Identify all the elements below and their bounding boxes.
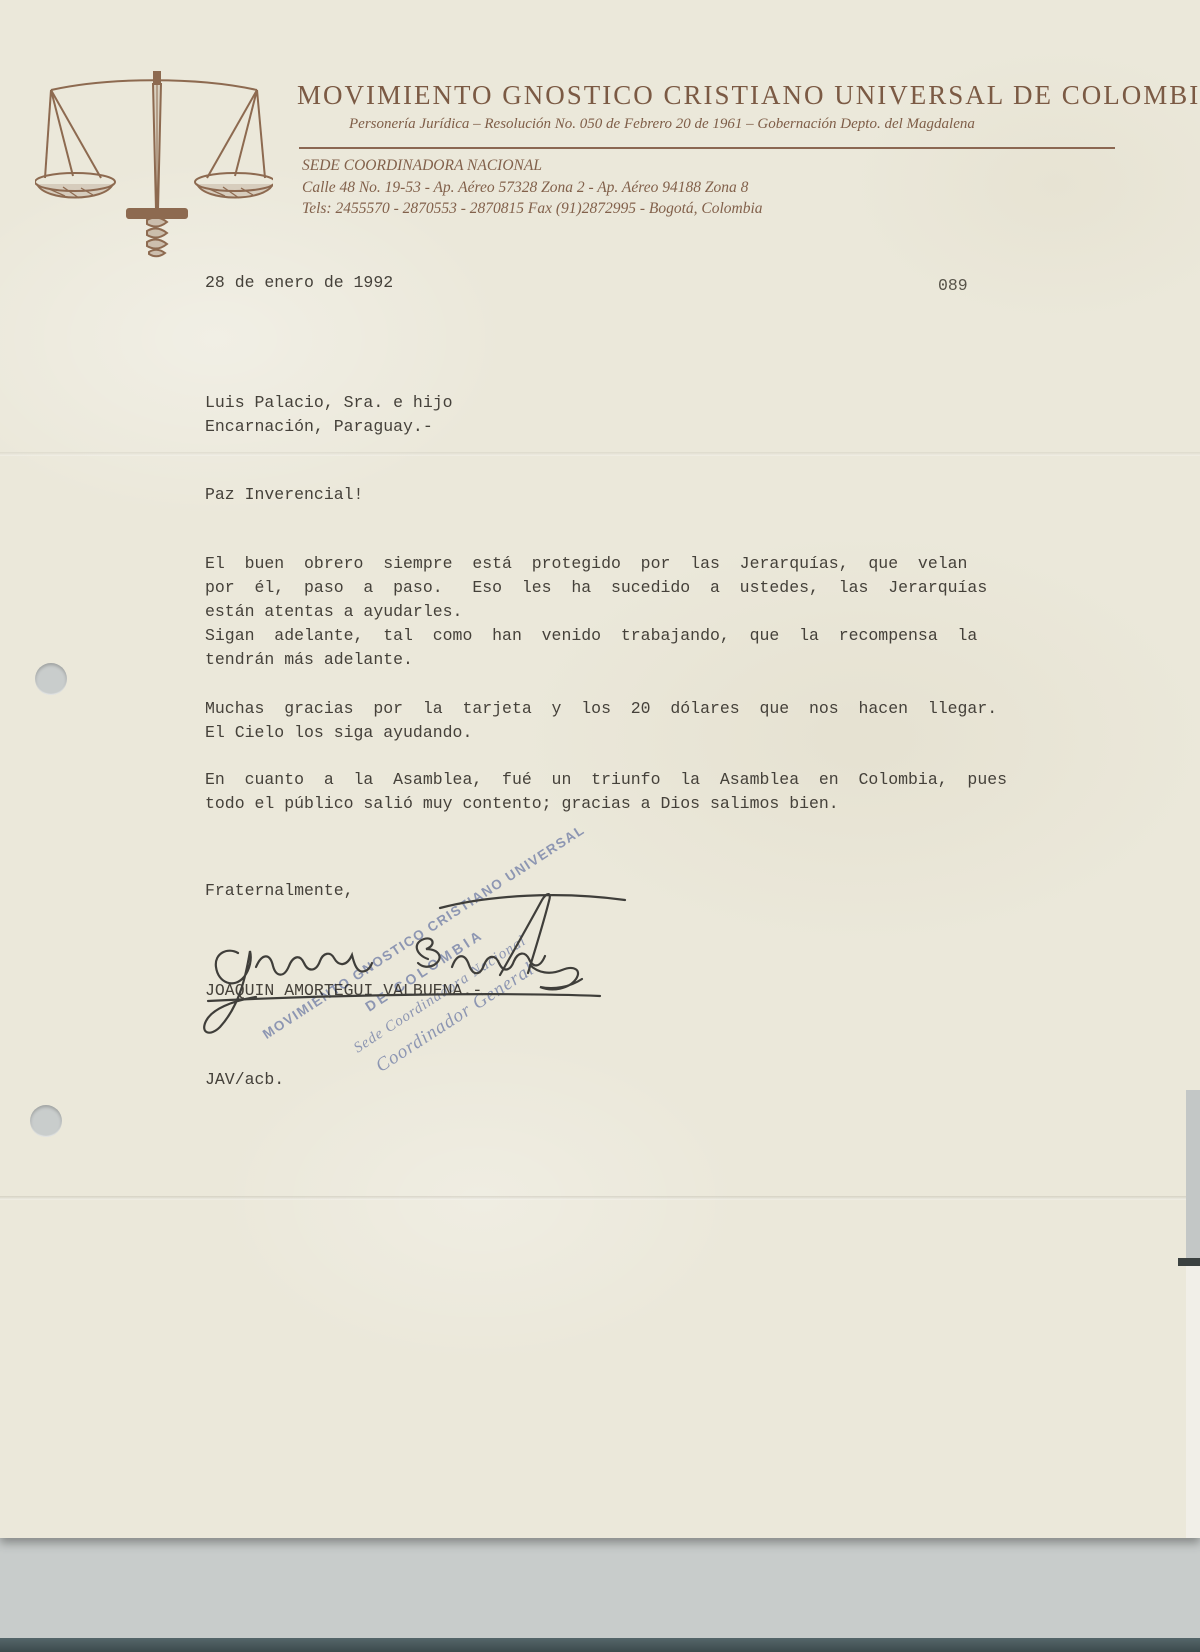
body-paragraph: El buen obrero siempre está protegido po… (205, 552, 987, 672)
body-line: Sigan adelante, tal como han venido trab… (205, 624, 987, 648)
body-paragraph: En cuanto a la Asamblea, fué un triunfo … (205, 768, 1007, 816)
body-paragraph: Muchas gracias por la tarjeta y los 20 d… (205, 697, 997, 745)
body-line: tendrán más adelante. (205, 648, 987, 672)
body-line: todo el público salió muy contento; grac… (205, 792, 1007, 816)
paper-fold-crease (0, 452, 1200, 456)
salutation: Paz Inverencial! (205, 483, 363, 507)
hole-punch (30, 1105, 62, 1137)
phones-line: Tels: 2455570 - 2870553 - 2870815 Fax (9… (302, 200, 763, 218)
recipient-line: Luis Palacio, Sra. e hijo (205, 391, 453, 415)
scan-edge-strip (1186, 1266, 1200, 1538)
scan-edge-mark (1178, 1258, 1200, 1266)
date-line: 28 de enero de 1992 (205, 271, 393, 295)
document-number: 089 (938, 274, 968, 298)
paper-fold-crease (0, 1196, 1200, 1200)
scan-edge-strip (1186, 1090, 1200, 1258)
body-line: El buen obrero siempre está protegido po… (205, 552, 987, 576)
org-name: MOVIMIENTO GNOSTICO CRISTIANO UNIVERSAL … (297, 80, 1200, 111)
body-line: están atentas a ayudarles. (205, 600, 987, 624)
signature (180, 855, 630, 1055)
body-line: por él, paso a paso. Eso les ha sucedido… (205, 576, 987, 600)
body-line: Muchas gracias por la tarjeta y los 20 d… (205, 697, 997, 721)
recipient-line: Encarnación, Paraguay.- (205, 415, 453, 439)
body-line: En cuanto a la Asamblea, fué un triunfo … (205, 768, 1007, 792)
registration-line: Personería Jurídica – Resolución No. 050… (349, 116, 975, 133)
office-title: SEDE COORDINADORA NACIONAL (302, 157, 542, 175)
recipient-block: Luis Palacio, Sra. e hijo Encarnación, P… (205, 391, 453, 439)
hole-punch (35, 663, 67, 695)
scan-bottom-strip (0, 1638, 1200, 1652)
body-line: El Cielo los siga ayudando. (205, 721, 997, 745)
header-rule (299, 147, 1115, 149)
address-line: Calle 48 No. 19-53 - Ap. Aéreo 57328 Zon… (302, 179, 748, 197)
scales-of-justice-icon (35, 60, 273, 258)
letter-page: MOVIMIENTO GNOSTICO CRISTIANO UNIVERSAL … (0, 0, 1200, 1538)
reference-initials: JAV/acb. (205, 1068, 284, 1092)
